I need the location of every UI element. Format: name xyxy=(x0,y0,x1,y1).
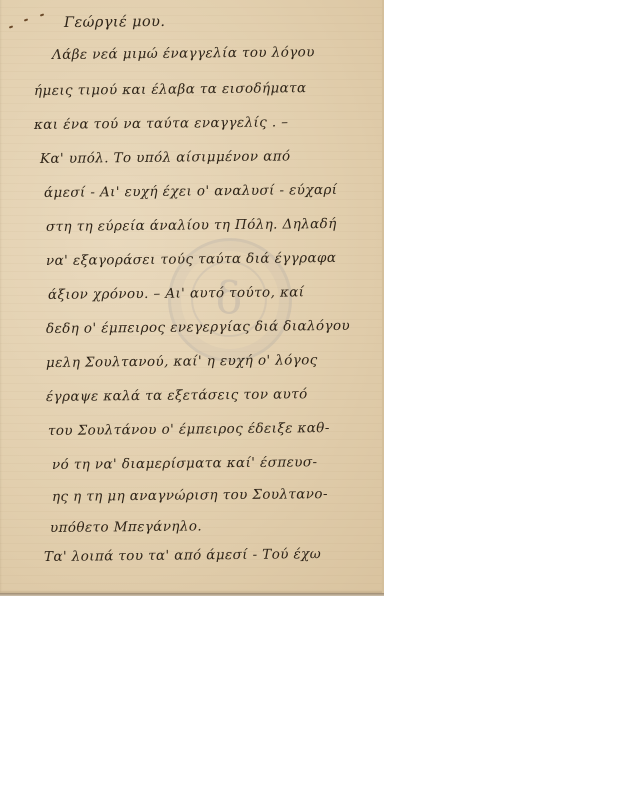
handwritten-text: Γεώργιέ μου. Λάβε νεά μιμώ έναγγελία του… xyxy=(0,0,384,595)
text-line: Λάβε νεά μιμώ έναγγελία του λόγου xyxy=(52,44,315,63)
text-line: στη τη εύρεία άναλίου τη Πόλη. Δηλαδή xyxy=(46,216,337,235)
text-line: ης η τη μη αναγνώριση του Σουλτανο- xyxy=(52,486,328,505)
text-line: του Σουλτάνου ο' έμπειρος έδειξε καθ- xyxy=(48,420,330,439)
text-line: υπόθετο Μπεγάνηλο. xyxy=(50,518,202,536)
salutation: Γεώργιέ μου. xyxy=(64,14,165,31)
text-line: και ένα τού να ταύτα εναγγελίς . – xyxy=(34,114,289,133)
text-line: έγραψε καλά τα εξετάσεις τον αυτό xyxy=(46,386,308,405)
text-line: Κα' υπόλ. Το υπόλ αίσιμμένον από xyxy=(40,148,291,167)
text-line: άμεσί - Αι' ευχή έχει ο' αναλυσί - εύχαρ… xyxy=(44,182,338,201)
page-bottom-edge xyxy=(0,593,384,596)
text-line: ήμεις τιμού και έλαβα τα εισοδήματα xyxy=(34,80,307,99)
text-line: μελη Σουλτανού, καί' η ευχή ο' λόγος xyxy=(46,352,318,371)
text-line: νό τη να' διαμερίσματα καί' έσπευσ- xyxy=(52,454,318,473)
text-line: άξιον χρόνου. – Αι' αυτό τούτο, καί xyxy=(48,284,305,303)
text-line: Τα' λοιπά του τα' από άμεσί - Τού έχω xyxy=(44,546,321,565)
letter-page: δ Γεώργιέ μου. Λάβε νεά μιμώ έναγγελία τ… xyxy=(0,0,384,595)
text-line: να' εξαγοράσει τούς ταύτα διά έγγραφα xyxy=(46,250,337,269)
text-line: δεδη ο' έμπειρος ενεγεργίας διά διαλόγου xyxy=(46,318,350,337)
